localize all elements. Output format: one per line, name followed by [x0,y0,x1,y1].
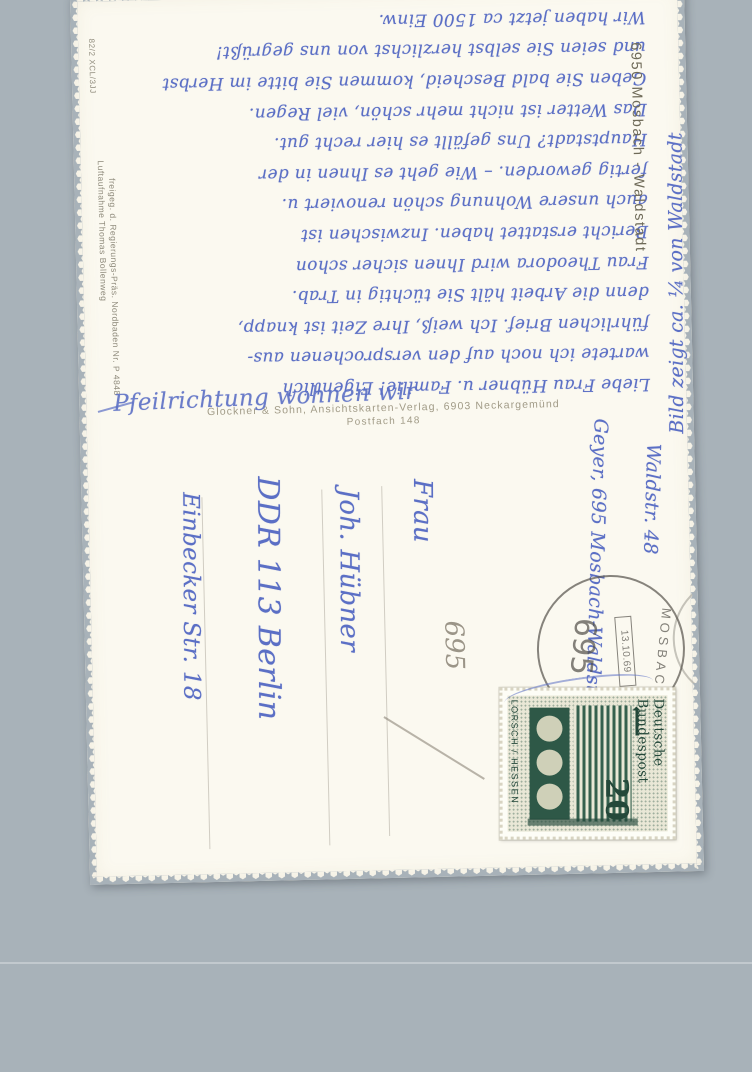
address-line-street: Einbecker Str. 18 [177,492,205,872]
scanner-background: Liebe Frau Hübner u. Familie! Eigentlich… [0,0,752,1072]
edge-note: Bild zeigt ca. ¼ von Waldstadt [664,104,688,434]
address-rule-line [381,486,390,836]
address-line-name: Joh. Hübner [333,489,365,829]
pencil-number: 695 [438,620,470,711]
address-line-city: DDR 113 Berlin [250,476,287,866]
scan-seam-line [0,962,752,964]
edge-print-code: 82/2 XCL/3JJ [87,39,97,94]
stamp-motif-label: LORSCH / HESSEN [509,700,519,828]
stamp-country-label: Deutsche Bundespost [634,698,666,828]
arch-icon [536,716,562,742]
address-rule-line [321,489,330,845]
postcard-back: Liebe Frau Hübner u. Familie! Eigentlich… [70,0,704,885]
deckle-edge-left [70,0,97,885]
handwritten-message: Liebe Frau Hübner u. Familie! Eigentlich… [97,0,650,406]
arch-icon [537,750,563,776]
address-line-frau: Frau [407,479,438,739]
postage-stamp: LORSCH / HESSEN Deutsche Bundespost 20 [499,687,675,839]
stamp-design: LORSCH / HESSEN Deutsche Bundespost 20 [507,695,667,831]
arch-icon [537,784,563,810]
stamp-value: 20 [598,778,634,821]
stamp-building-arches [529,708,569,820]
